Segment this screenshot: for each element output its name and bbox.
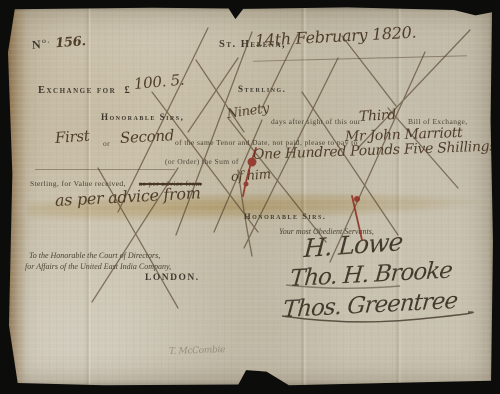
first-handwritten: First (54, 127, 90, 147)
or-text: or (103, 139, 110, 148)
signature-1: H. Lowe (303, 227, 403, 263)
second-handwritten: Second (120, 126, 175, 147)
date-handwritten: 14th February 1820. (255, 23, 417, 50)
signature-3: Thos. Greentree (282, 288, 458, 323)
edge-stain (7, 7, 27, 386)
salutation-top: Honorable Sirs, (101, 112, 184, 122)
bill-number-value: 156. (55, 34, 86, 51)
value-received-text: Sterling, for Value received, (30, 179, 126, 188)
signature-2: Tho. H. Brooke (289, 257, 453, 292)
address-city: LONDON. (145, 273, 200, 283)
paper-sheet: No. 156. St. Helena, 14th February 1820.… (7, 7, 493, 386)
address-line-2: for Affairs of the United East India Com… (25, 262, 171, 271)
bill-number: No. 156. (32, 34, 87, 53)
currency-sign: £ (124, 85, 131, 96)
bill-ordinal-handwritten: Third (359, 107, 397, 125)
scanned-bill-of-exchange: No. 156. St. Helena, 14th February 1820.… (0, 0, 500, 394)
fold-crease (300, 7, 307, 386)
fold-crease (395, 7, 402, 386)
amount-figures: 100. 5. (133, 71, 185, 93)
sum-of-text: (or Order) the Sum of (165, 157, 239, 166)
of-him-handwritten: of him (230, 167, 271, 185)
exchange-label: Exchange for £ (38, 85, 131, 96)
after-sight-text: days after sight of this our (271, 117, 361, 126)
pencil-annotation: T. McCombie (169, 345, 225, 357)
blank-rule (35, 169, 175, 170)
salutation-bottom: Honorable Sirs. (244, 211, 326, 221)
date-rule (253, 55, 467, 62)
sterling-caption: Sterling. (238, 84, 286, 94)
term-handwritten: Ninety (226, 101, 270, 122)
address-line-1: To the Honorable the Court of Directors, (29, 251, 160, 260)
